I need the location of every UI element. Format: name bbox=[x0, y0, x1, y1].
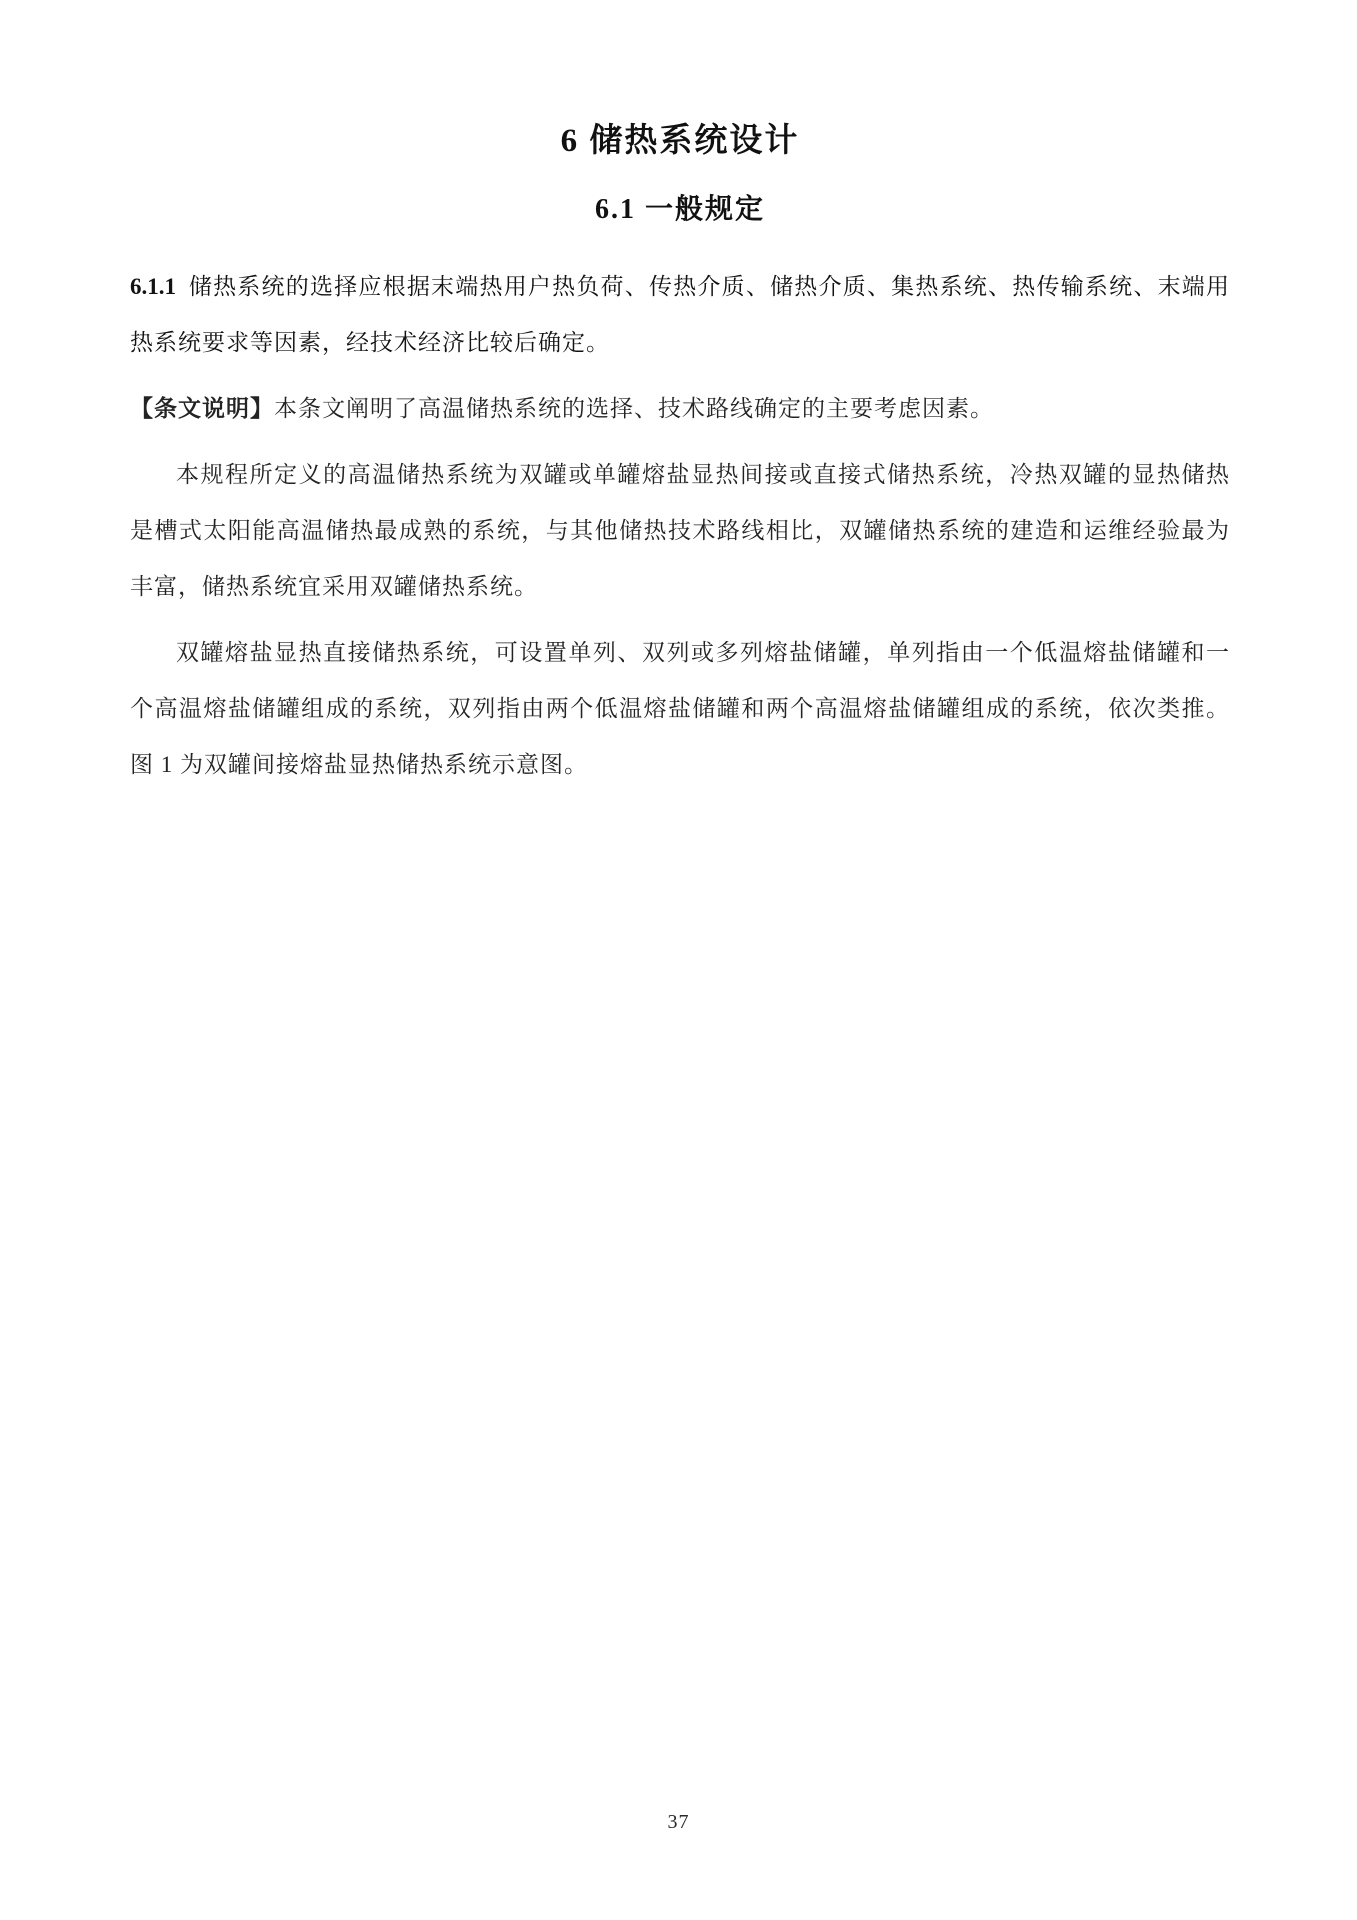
document-page: 6 储热系统设计 6.1 一般规定 6.1.1储热系统的选择应根据末端热用户热负… bbox=[0, 0, 1357, 1920]
commentary-paragraph: 本规程所定义的高温储热系统为双罐或单罐熔盐显热间接或直接式储热系统，冷热双罐的显… bbox=[130, 447, 1230, 615]
commentary-label: 【条文说明】 bbox=[130, 396, 274, 421]
commentary-paragraph: 双罐熔盐显热直接储热系统，可设置单列、双列或多列熔盐储罐，单列指由一个低温熔盐储… bbox=[130, 625, 1230, 793]
commentary-intro-text: 本条文阐明了高温储热系统的选择、技术路线确定的主要考虑因素。 bbox=[274, 396, 994, 421]
commentary-intro-paragraph: 【条文说明】本条文阐明了高温储热系统的选择、技术路线确定的主要考虑因素。 bbox=[130, 381, 1230, 437]
section-title: 6.1 一般规定 bbox=[130, 190, 1230, 229]
page-number: 37 bbox=[0, 1811, 1357, 1834]
clause-text: 储热系统的选择应根据末端热用户热负荷、传热介质、储热介质、集热系统、热传输系统、… bbox=[130, 274, 1230, 355]
chapter-title: 6 储热系统设计 bbox=[130, 118, 1230, 166]
clause-number: 6.1.1 bbox=[130, 274, 176, 299]
clause-paragraph: 6.1.1储热系统的选择应根据末端热用户热负荷、传热介质、储热介质、集热系统、热… bbox=[130, 259, 1230, 371]
